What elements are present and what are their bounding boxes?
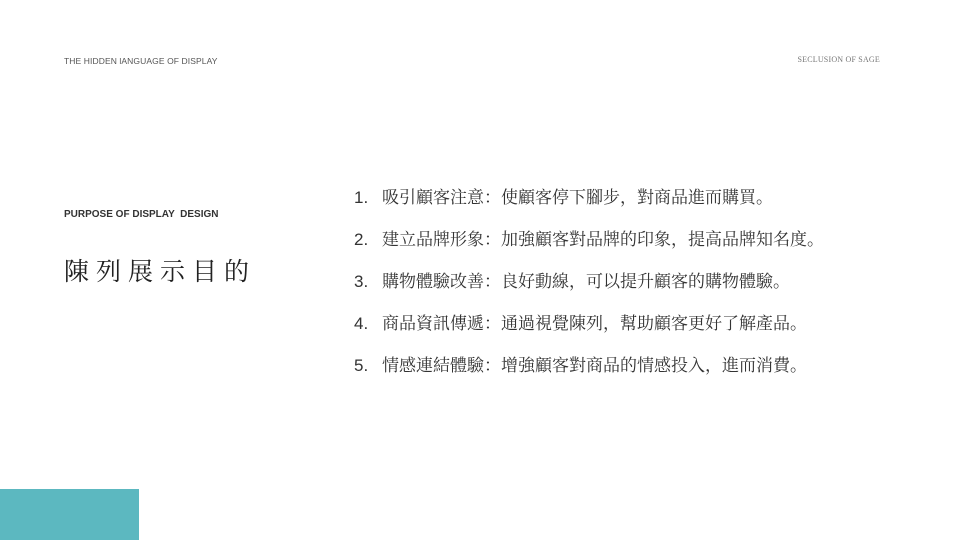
list-item: 5.情感連結體驗：增強顧客對商品的情感投入，進而消費。 <box>354 354 824 396</box>
section-title: 陳列展示目的 <box>64 252 256 288</box>
list-item: 4.商品資訊傳遞：通過視覺陳列，幫助顧客更好了解產品。 <box>354 312 824 354</box>
accent-block <box>0 489 139 540</box>
list-item: 3.購物體驗改善：良好動線，可以提升顧客的購物體驗。 <box>354 270 824 312</box>
list-item-text: 吸引顧客注意：使顧客停下腳步，對商品進而購買。 <box>382 188 773 208</box>
purpose-list: 1.吸引顧客注意：使顧客停下腳步，對商品進而購買。 2.建立品牌形象：加強顧客對… <box>354 186 824 396</box>
list-item-text: 建立品牌形象：加強顧客對品牌的印象，提高品牌知名度。 <box>382 230 824 250</box>
section-subtitle: PURPOSE OF DISPLAY DESIGN <box>64 209 218 220</box>
list-item: 2.建立品牌形象：加強顧客對品牌的印象，提高品牌知名度。 <box>354 228 824 270</box>
list-item: 1.吸引顧客注意：使顧客停下腳步，對商品進而購買。 <box>354 186 824 228</box>
header-left-text: THE HIDDEN lANGUAGE OF DISPLAY <box>64 56 218 66</box>
list-item-number: 1. <box>354 186 382 210</box>
list-item-text: 商品資訊傳遞：通過視覺陳列，幫助顧客更好了解產品。 <box>382 314 807 334</box>
list-item-number: 5. <box>354 354 382 378</box>
list-item-text: 購物體驗改善：良好動線，可以提升顧客的購物體驗。 <box>382 272 790 292</box>
list-item-text: 情感連結體驗：增強顧客對商品的情感投入，進而消費。 <box>382 356 807 376</box>
header-right-text: SECLUSION OF SAGE <box>797 55 880 64</box>
list-item-number: 2. <box>354 228 382 252</box>
list-item-number: 4. <box>354 312 382 336</box>
list-item-number: 3. <box>354 270 382 294</box>
